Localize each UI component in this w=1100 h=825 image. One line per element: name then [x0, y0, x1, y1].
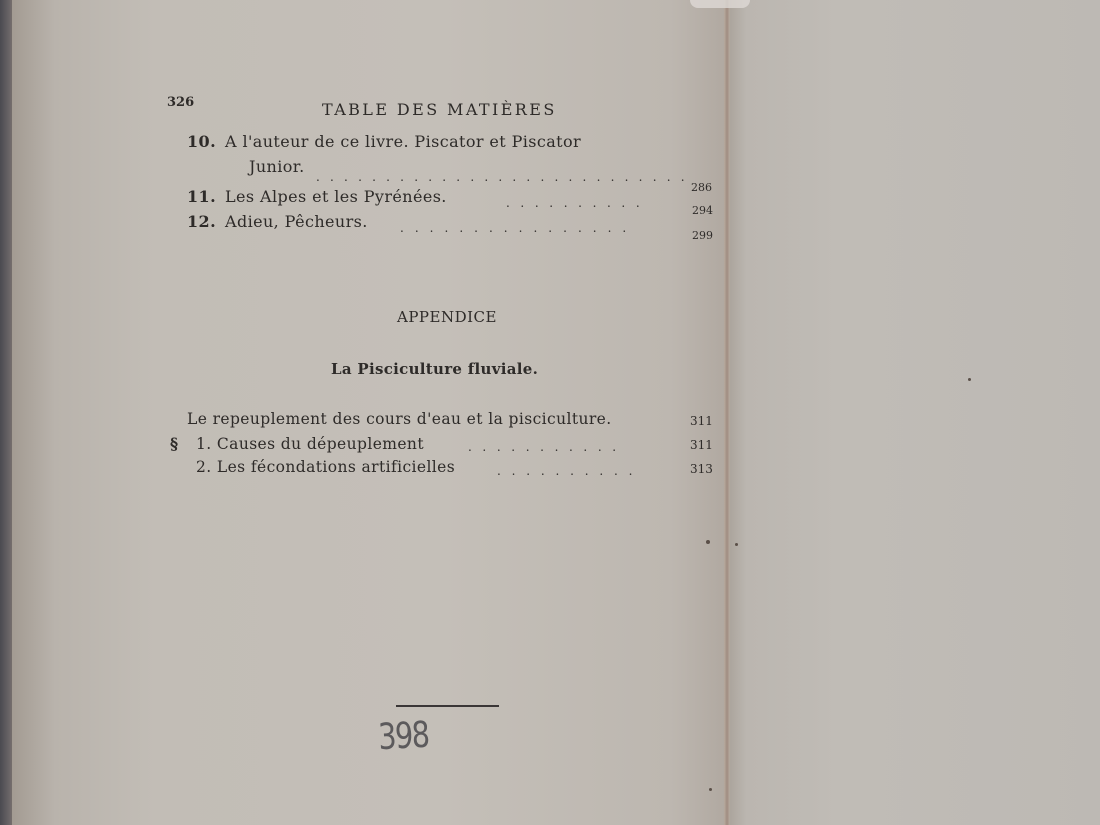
- entry-title-line1: A l'auteur de ce livre. Piscator et Pisc…: [225, 132, 581, 151]
- appendix-entry-2: 2. Les fécondations artificielles: [196, 458, 455, 476]
- paper-speck: [709, 788, 712, 791]
- handwritten-note: 398: [377, 715, 429, 759]
- appendix-heading: APPENDICE: [397, 308, 497, 326]
- entry-title: Le repeuplement des cours d'eau et la pi…: [187, 410, 612, 428]
- entry-page: 313: [690, 462, 713, 476]
- entry-number: 10.: [187, 132, 225, 151]
- entry-number: 12.: [187, 212, 225, 231]
- entry-title-line2: Junior.: [249, 157, 305, 176]
- binding-thread: [690, 0, 750, 8]
- entry-title: 2. Les fécondations artificielles: [196, 458, 455, 476]
- entry-title: Les Alpes et les Pyrénées.: [225, 187, 447, 206]
- appendix-entry-1: §1. Causes du dépeuplement: [170, 434, 424, 453]
- toc-entry-11: 11.Les Alpes et les Pyrénées.: [187, 187, 447, 206]
- entry-page: 311: [690, 414, 713, 428]
- paper-speck: [735, 543, 738, 546]
- toc-entry-12: 12.Adieu, Pêcheurs.: [187, 212, 368, 231]
- end-rule: [396, 705, 499, 707]
- paper-speck: [706, 540, 710, 544]
- entry-title: 1. Causes du dépeuplement: [196, 435, 424, 453]
- section-marker: §: [170, 434, 196, 453]
- right-page-blank: [728, 0, 1100, 825]
- leader-dots: . . . . . . . . . . . . . . . . . . . . …: [316, 170, 688, 184]
- appendix-subheading: La Pisciculture fluviale.: [331, 360, 538, 378]
- toc-entry-10-continued: Junior.: [249, 157, 305, 176]
- leader-dots: . . . . . . . . . . .: [468, 440, 620, 454]
- toc-entry-10: 10.A l'auteur de ce livre. Piscator et P…: [187, 132, 581, 151]
- running-title: TABLE DES MATIÈRES: [322, 100, 557, 119]
- entry-number: 11.: [187, 187, 225, 206]
- book-gutter: [724, 0, 730, 825]
- entry-title: Adieu, Pêcheurs.: [225, 212, 368, 231]
- entry-page: 286: [691, 181, 712, 194]
- page-number: 326: [167, 95, 194, 110]
- paper-speck: [968, 378, 971, 381]
- entry-page: 294: [692, 204, 713, 217]
- entry-page: 299: [692, 229, 713, 242]
- appendix-entry-intro: Le repeuplement des cours d'eau et la pi…: [187, 410, 612, 428]
- leader-dots: . . . . . . . . . . . . . . . .: [400, 221, 630, 235]
- leader-dots: . . . . . . . . . .: [497, 464, 636, 478]
- leader-dots: . . . . . . . . . .: [506, 196, 643, 210]
- entry-page: 311: [690, 438, 713, 452]
